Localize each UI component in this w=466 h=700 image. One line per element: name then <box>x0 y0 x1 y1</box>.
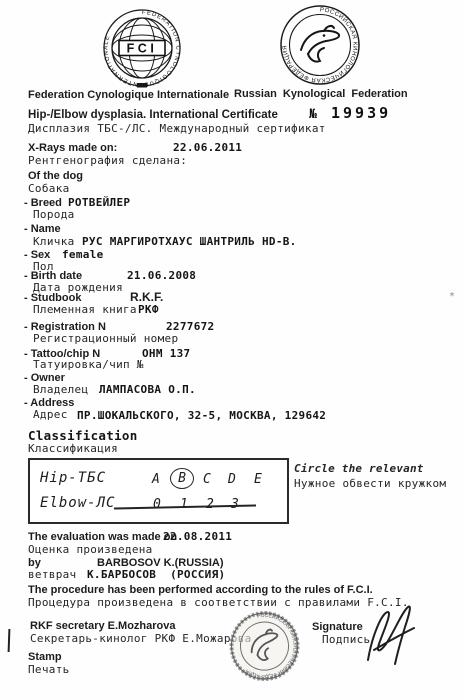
name-value: РУС МАРГИРОТХАУС ШАНТРИЛЬ HD-B. <box>82 236 297 249</box>
hip-grade-c: C <box>203 472 211 487</box>
elbow-row-label: Elbow-ЛС <box>40 495 115 511</box>
by-label-ru: ветврач <box>28 569 76 582</box>
fci-org-name: Federation Cynologique Internationale <box>28 89 229 102</box>
number-symbol: № <box>309 108 317 123</box>
studbook-value-ru: РКФ <box>138 304 159 317</box>
owner-label-ru: Владелец <box>33 384 88 397</box>
hip-grade-b-circled: B <box>170 468 194 489</box>
elbow-grade-1: 1 <box>180 497 188 512</box>
stamp-label-ru: Печать <box>28 664 70 677</box>
circle-note-en: Circle the relevant <box>294 463 424 476</box>
certificate-number: 19939 <box>331 105 391 122</box>
procedure-note-en: The procedure has been performed accordi… <box>28 584 373 597</box>
rkf-logo: РОССИЙСКАЯ КИНОЛОГИЧЕСКАЯ ФЕДЕРАЦИЯ <box>272 2 368 88</box>
certificate-title-en: Hip-/Elbow dysplasia. International Cert… <box>28 109 278 122</box>
registration-label-ru: Регистрационный номер <box>33 333 178 346</box>
breed-value: РОТВЕЙЛЕР <box>68 197 130 210</box>
hip-grade-e: E <box>254 472 262 487</box>
elbow-grade-0: 0 <box>153 497 161 512</box>
address-label-ru: Адрес <box>33 409 68 422</box>
hip-grade-d: D <box>228 472 236 487</box>
scan-noise-mark: * <box>449 291 455 302</box>
xrays-label-en: X-Rays made on: <box>28 142 117 155</box>
fci-logo: FEDERATION CYNOLOGIQUE INTERNATIONALE FC… <box>92 6 192 90</box>
name-label-en: - Name <box>24 223 61 236</box>
secretary-label-en: RKF secretary E.Mozharova <box>30 620 176 633</box>
tattoo-value: ОНМ 137 <box>142 348 190 361</box>
ofdog-label-ru: Собака <box>28 183 70 196</box>
margin-tick-mark <box>8 629 11 652</box>
classification-title-ru: Классификация <box>28 443 118 456</box>
secretary-label-ru: Секретарь-кинолог РКФ Е.Можарова <box>30 633 252 646</box>
birth-value: 21.06.2008 <box>127 270 196 283</box>
evaluation-label-ru: Оценка произведена <box>28 544 153 557</box>
address-value: ПР.ШОКАЛЬСКОГО, 32-5, МОСКВА, 129642 <box>77 410 326 423</box>
ofdog-label-en: Of the dog <box>28 170 83 183</box>
certificate-page: FEDERATION CYNOLOGIQUE INTERNATIONALE FC… <box>0 0 466 700</box>
vet-name-ru: К.БАРБОСОВ (РОССИЯ) <box>87 569 225 582</box>
certificate-title-ru: Дисплазия ТБС-/ЛС. Международный сертифи… <box>28 123 326 136</box>
evaluation-date-value: 22.08.2011 <box>163 531 232 544</box>
borzoi-head-icon <box>301 26 339 62</box>
handwritten-signature <box>352 600 432 672</box>
rkf-org-name: Russian Kynological Federation <box>234 88 408 101</box>
tattoo-label-ru: Татуировка/чип № <box>33 359 144 372</box>
evaluation-label-en: The evaluation was made on <box>28 531 177 544</box>
classification-box: Hip-ТБС A B C D E Elbow-ЛС 0 1 2 3 <box>28 458 289 524</box>
xrays-label-ru: Рентгенография сделана: <box>28 155 187 168</box>
rkf-ring-text: РОССИЙСКАЯ КИНОЛОГИЧЕСКАЯ ФЕДЕРАЦИЯ <box>282 7 357 82</box>
hip-row-label: Hip-ТБС <box>40 470 106 486</box>
name-label-ru: Кличка <box>33 236 75 249</box>
hip-grade-a: A <box>152 472 160 487</box>
owner-value: ЛАМПАСОВА О.П. <box>99 384 196 397</box>
stamp-label-en: Stamp <box>28 651 62 664</box>
studbook-label-ru: Племенная книга <box>33 304 137 317</box>
xrays-date-value: 22.06.2011 <box>173 142 242 155</box>
fci-banner-text: FCI <box>127 42 158 56</box>
breed-label-ru: Порода <box>33 209 75 222</box>
rkf-round-stamp: РОССИЙСКАЯ КИНОЛОГИЧЕСКАЯ ФЕДЕРАЦИЯ <box>219 600 310 696</box>
circle-note-ru: Нужное обвести кружком <box>294 478 446 491</box>
sex-value: female <box>62 249 104 262</box>
